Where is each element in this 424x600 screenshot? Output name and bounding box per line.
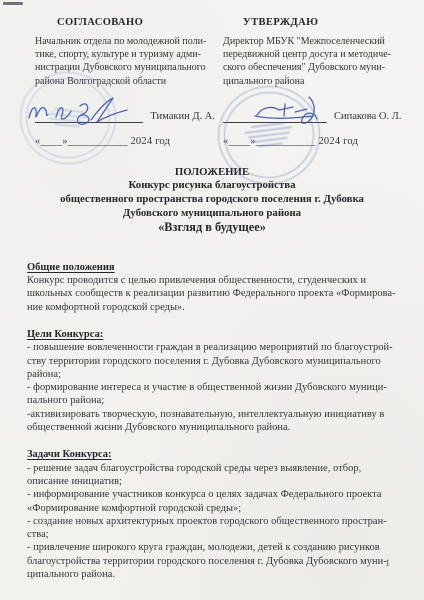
section-heading: Цели Конкурса: [27,328,402,341]
section-heading: Задачи Конкурса: [27,448,402,461]
document-title-block: ПОЛОЖЕНИЕ Конкурс рисунка благоустройств… [0,166,424,235]
section-text: Конкурс проводится с целью привлечения о… [27,274,402,314]
approval-left-column: СОГЛАСОВАНО Начальник отдела по молодежн… [35,14,215,147]
approval-left-text: Начальник отдела по молодежной поли- тик… [35,35,215,88]
right-signer-name: Сипакова О. Л. [334,111,401,123]
right-signature-scribble [251,95,331,125]
signature-line-left [35,98,143,123]
document-page: СОГЛАСОВАНО Начальник отдела по молодежн… [0,0,424,600]
approval-right-title: УТВЕРЖДАЮ [243,17,318,28]
left-signer-name: Тимакин Д. А. [150,111,215,123]
title-line-1: ПОЛОЖЕНИЕ [0,166,424,180]
title-line-5: «Взгляд в будущее» [0,221,424,235]
section-tasks: Задачи Конкурса: - решение задач благоус… [27,448,402,581]
section-text: - решение задач благоустройства городско… [27,462,402,582]
section-text: - повышение вовлеченности граждан в реал… [27,341,402,434]
section-goals: Цели Конкурса: - повышение вовлеченности… [27,328,402,434]
signature-row-left: Тимакин Д. А. [35,99,215,123]
approval-block: СОГЛАСОВАНО Начальник отдела по молодежн… [0,0,424,147]
right-date-line: «____»___________ 2024 год [223,136,420,147]
left-date-line: «____»___________ 2024 год [35,136,215,147]
approval-right-column: УТВЕРЖДАЮ Директор МБУК "Межпоселенчески… [223,14,420,147]
section-heading: Общие положения [27,261,402,274]
title-line-2: Конкурс рисунка благоустройства [0,179,424,193]
signature-line-right [223,98,327,123]
document-body: Общие положения Конкурс проводится с цел… [0,261,424,582]
approval-right-text: Директор МБУК "Межпоселенческий передвиж… [223,35,420,88]
section-general-provisions: Общие положения Конкурс проводится с цел… [27,261,402,314]
title-line-4: Дубовского муниципального района [0,207,424,221]
left-signature-scribble [23,97,141,125]
approval-left-title: СОГЛАСОВАНО [57,17,143,28]
title-line-3: общественного пространства городского по… [0,193,424,207]
signature-row-right: Сипакова О. Л. [223,99,420,123]
